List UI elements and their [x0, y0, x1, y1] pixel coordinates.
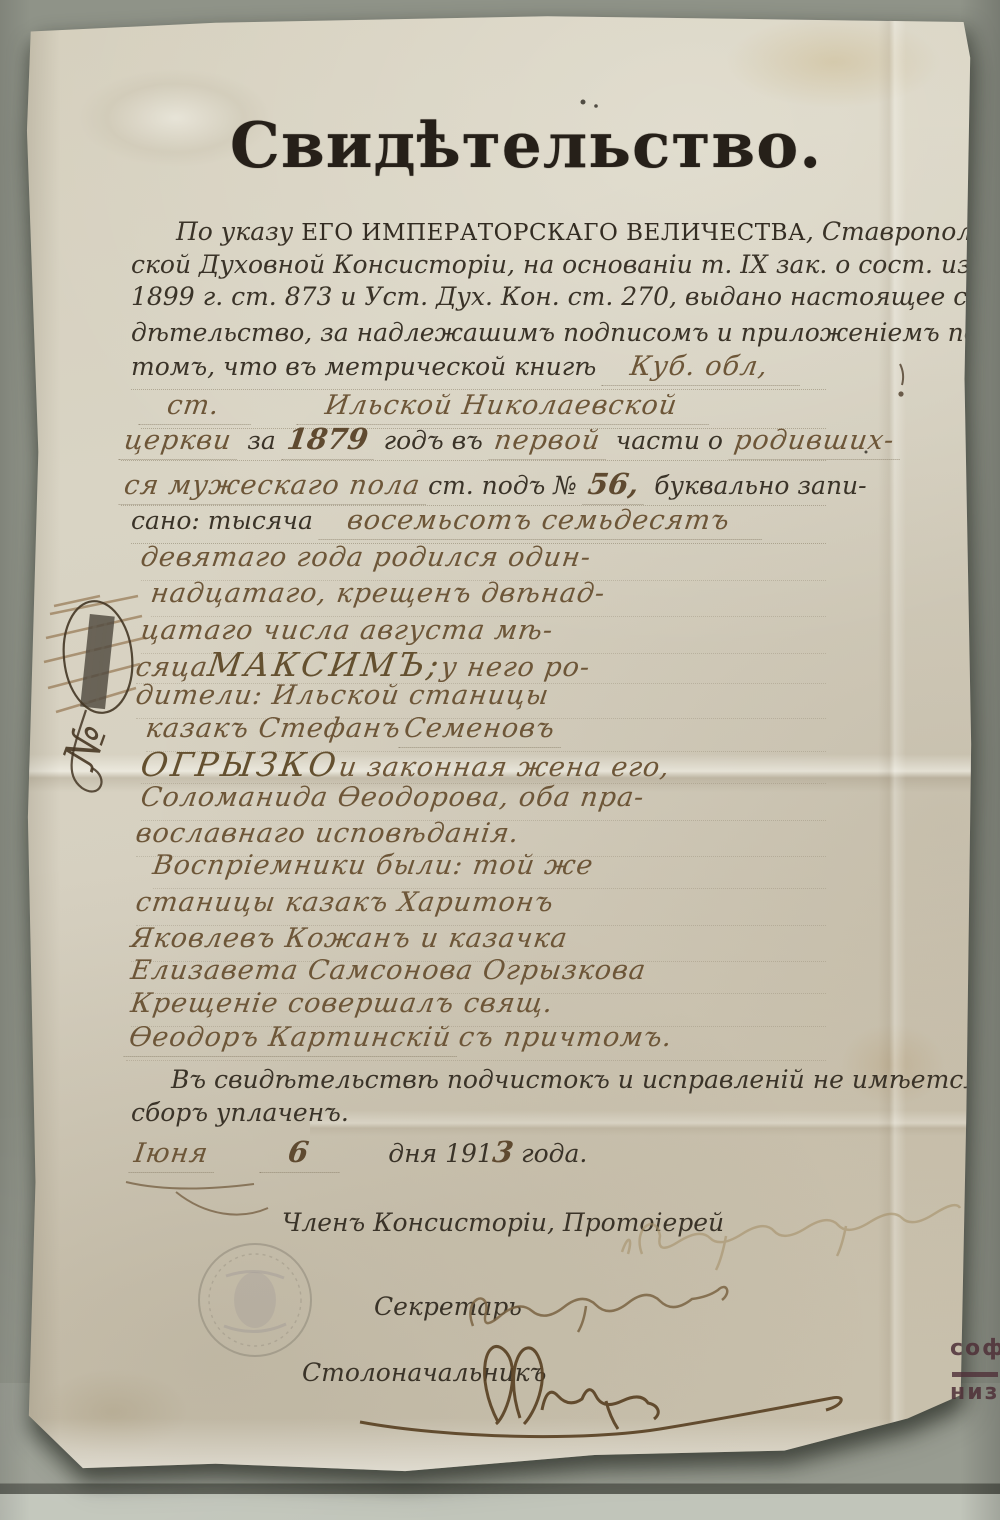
- photo-of-certificate: Свидѣтельство. По указу ЕГО ИМПЕРАТОРСКА…: [0, 0, 1000, 1520]
- cancelled-revenue-stamp: [80, 614, 115, 709]
- fold-crease: [310, 1110, 974, 1136]
- text-segment: годъ въ: [376, 426, 491, 455]
- text-segment: Елизавета Самсонова Огрызкова: [129, 955, 648, 986]
- text-segment: 3: [490, 1135, 515, 1169]
- text-segment: , Ставрополь-: [806, 217, 994, 246]
- text-segment: сборъ уплаченъ.: [131, 1098, 349, 1127]
- document-title: Свидѣтельство.: [196, 108, 856, 182]
- backing-label-bottom: низ: [950, 1380, 999, 1405]
- text-segment: ст.: [139, 390, 256, 425]
- text-segment: дѣтельство, за надлежашимъ подписомъ и п…: [131, 318, 1000, 347]
- stain: [726, 16, 941, 108]
- text-segment: сяца: [134, 652, 210, 683]
- text-segment: Ильской Николаевской: [297, 390, 714, 425]
- backing-label-rule: [952, 1372, 998, 1377]
- official-title-desk-chief: Столоначальникъ: [302, 1358, 546, 1387]
- text-segment: МАКСИМЪ;: [205, 645, 444, 684]
- text-segment: ОГРЫЗКО: [138, 745, 341, 784]
- text-segment: цатаго числа августа мѣ-: [139, 615, 556, 646]
- text-segment: 1879: [281, 422, 378, 460]
- text-segment: Въ свидѣтельствѣ подчистокъ и исправлені…: [171, 1065, 1000, 1094]
- text-segment: дня 191: [388, 1139, 493, 1168]
- document-line: церкви за 1879 годъ въ первой части о ро…: [121, 422, 826, 461]
- text-segment: Ѳеодоръ Картинскій: [124, 1022, 462, 1057]
- text-segment: части о: [608, 426, 731, 455]
- edge-shading: [26, 14, 60, 1474]
- official-title-consistory-member: Членъ Консисторіи, Протоіерей: [282, 1208, 724, 1237]
- torn-edge-highlight: [26, 1418, 974, 1474]
- document-line: сборъ уплаченъ.: [131, 1098, 349, 1136]
- text-segment: Іюня: [129, 1138, 219, 1173]
- text-segment: у него ро-: [439, 652, 593, 683]
- text-segment: буквально запи-: [646, 471, 866, 500]
- text-segment: съ причтомъ.: [457, 1022, 675, 1053]
- text-segment: 1899 г. ст. 873 и Уст. Дух. Кон. ст. 270…: [131, 282, 1000, 311]
- text-segment: томъ, что въ метрической книгѣ: [131, 352, 604, 381]
- consistory-round-seal: [199, 1244, 311, 1356]
- text-segment: Куб. обл,: [602, 351, 805, 386]
- document-line: ся мужескаго пола ст. подъ № 56, букваль…: [121, 467, 826, 506]
- text-segment: вославнаго исповѣданія.: [134, 818, 522, 849]
- text-segment: казакъ Стефанъ: [144, 713, 403, 744]
- text-segment: дители: Ильской станицы: [134, 680, 551, 711]
- document-line: станицы казакъ Харитонъ: [136, 887, 826, 926]
- backing-label-top: соф: [950, 1336, 1000, 1361]
- text-segment: Соломанида Ѳеодорова, оба пра-: [139, 782, 647, 813]
- text-segment: По указу: [176, 217, 301, 246]
- text-segment: 56,: [582, 467, 649, 505]
- text-segment: за: [239, 426, 283, 455]
- date-underline-flourish: [126, 1182, 268, 1215]
- text-segment: восемьсотъ семьдесятъ: [318, 505, 766, 540]
- text-segment: станицы казакъ Харитонъ: [134, 887, 556, 918]
- text-segment: года.: [513, 1139, 587, 1168]
- text-segment: Воспріемники были: той же: [151, 850, 596, 881]
- official-title-secretary: Секретарь: [374, 1292, 522, 1321]
- document-line: Воспріемники были: той же: [153, 850, 826, 889]
- text-segment: и законная жена его,: [337, 752, 672, 783]
- text-segment: сано: тысяча: [131, 506, 321, 535]
- text-segment: ст. подъ №: [428, 471, 585, 500]
- document-line: надцатаго, крещенъ двѣнад-: [151, 578, 826, 617]
- document-line: 1899 г. ст. 873 и Уст. Дух. Кон. ст. 270…: [131, 282, 1000, 320]
- certificate-paper: Свидѣтельство. По указу ЕГО ИМПЕРАТОРСКА…: [26, 14, 974, 1474]
- text-segment: Яковлевъ Кожанъ и казачка: [129, 923, 570, 954]
- text-segment: Крещеніе совершалъ свящ.: [129, 988, 556, 1019]
- text-segment: церкви: [119, 425, 242, 460]
- document-line: Іюня6дня 1913 года.: [131, 1135, 587, 1173]
- document-line: девятаго года родился один-: [141, 542, 826, 581]
- text-segment: девятаго года родился один-: [139, 542, 593, 573]
- text-segment: ЕГО ИМПЕРАТОРСКАГО ВЕЛИЧЕСТВА: [301, 220, 806, 246]
- document-line: Соломанида Ѳеодорова, оба пра-: [141, 782, 826, 821]
- paper-shadow-wrap: Свидѣтельство. По указу ЕГО ИМПЕРАТОРСКА…: [0, 0, 1000, 1520]
- text-segment: ской Духовной Консисторіи, на основаніи …: [131, 250, 994, 279]
- text-segment: первой: [488, 425, 610, 460]
- document-line: томъ, что въ метрической книгѣ Куб. обл,: [131, 351, 826, 390]
- text-segment: надцатаго, крещенъ двѣнад-: [149, 578, 608, 609]
- document-line: ОГРЫЗКО и законная жена его,: [141, 745, 826, 784]
- text-segment: родивших-: [728, 425, 904, 460]
- text-segment: Семеновъ: [399, 713, 566, 748]
- document-line: Ѳеодоръ Картинскій съ причтомъ.: [126, 1022, 826, 1061]
- text-segment: ся мужескаго пола: [119, 470, 431, 505]
- document-line: сано: тысяча восемьсотъ семьдесятъ: [131, 505, 826, 544]
- text-segment: 6: [259, 1135, 345, 1173]
- oval-cancellation-outline: [58, 598, 137, 716]
- document-line: сяца МАКСИМЪ; у него ро-: [136, 645, 826, 684]
